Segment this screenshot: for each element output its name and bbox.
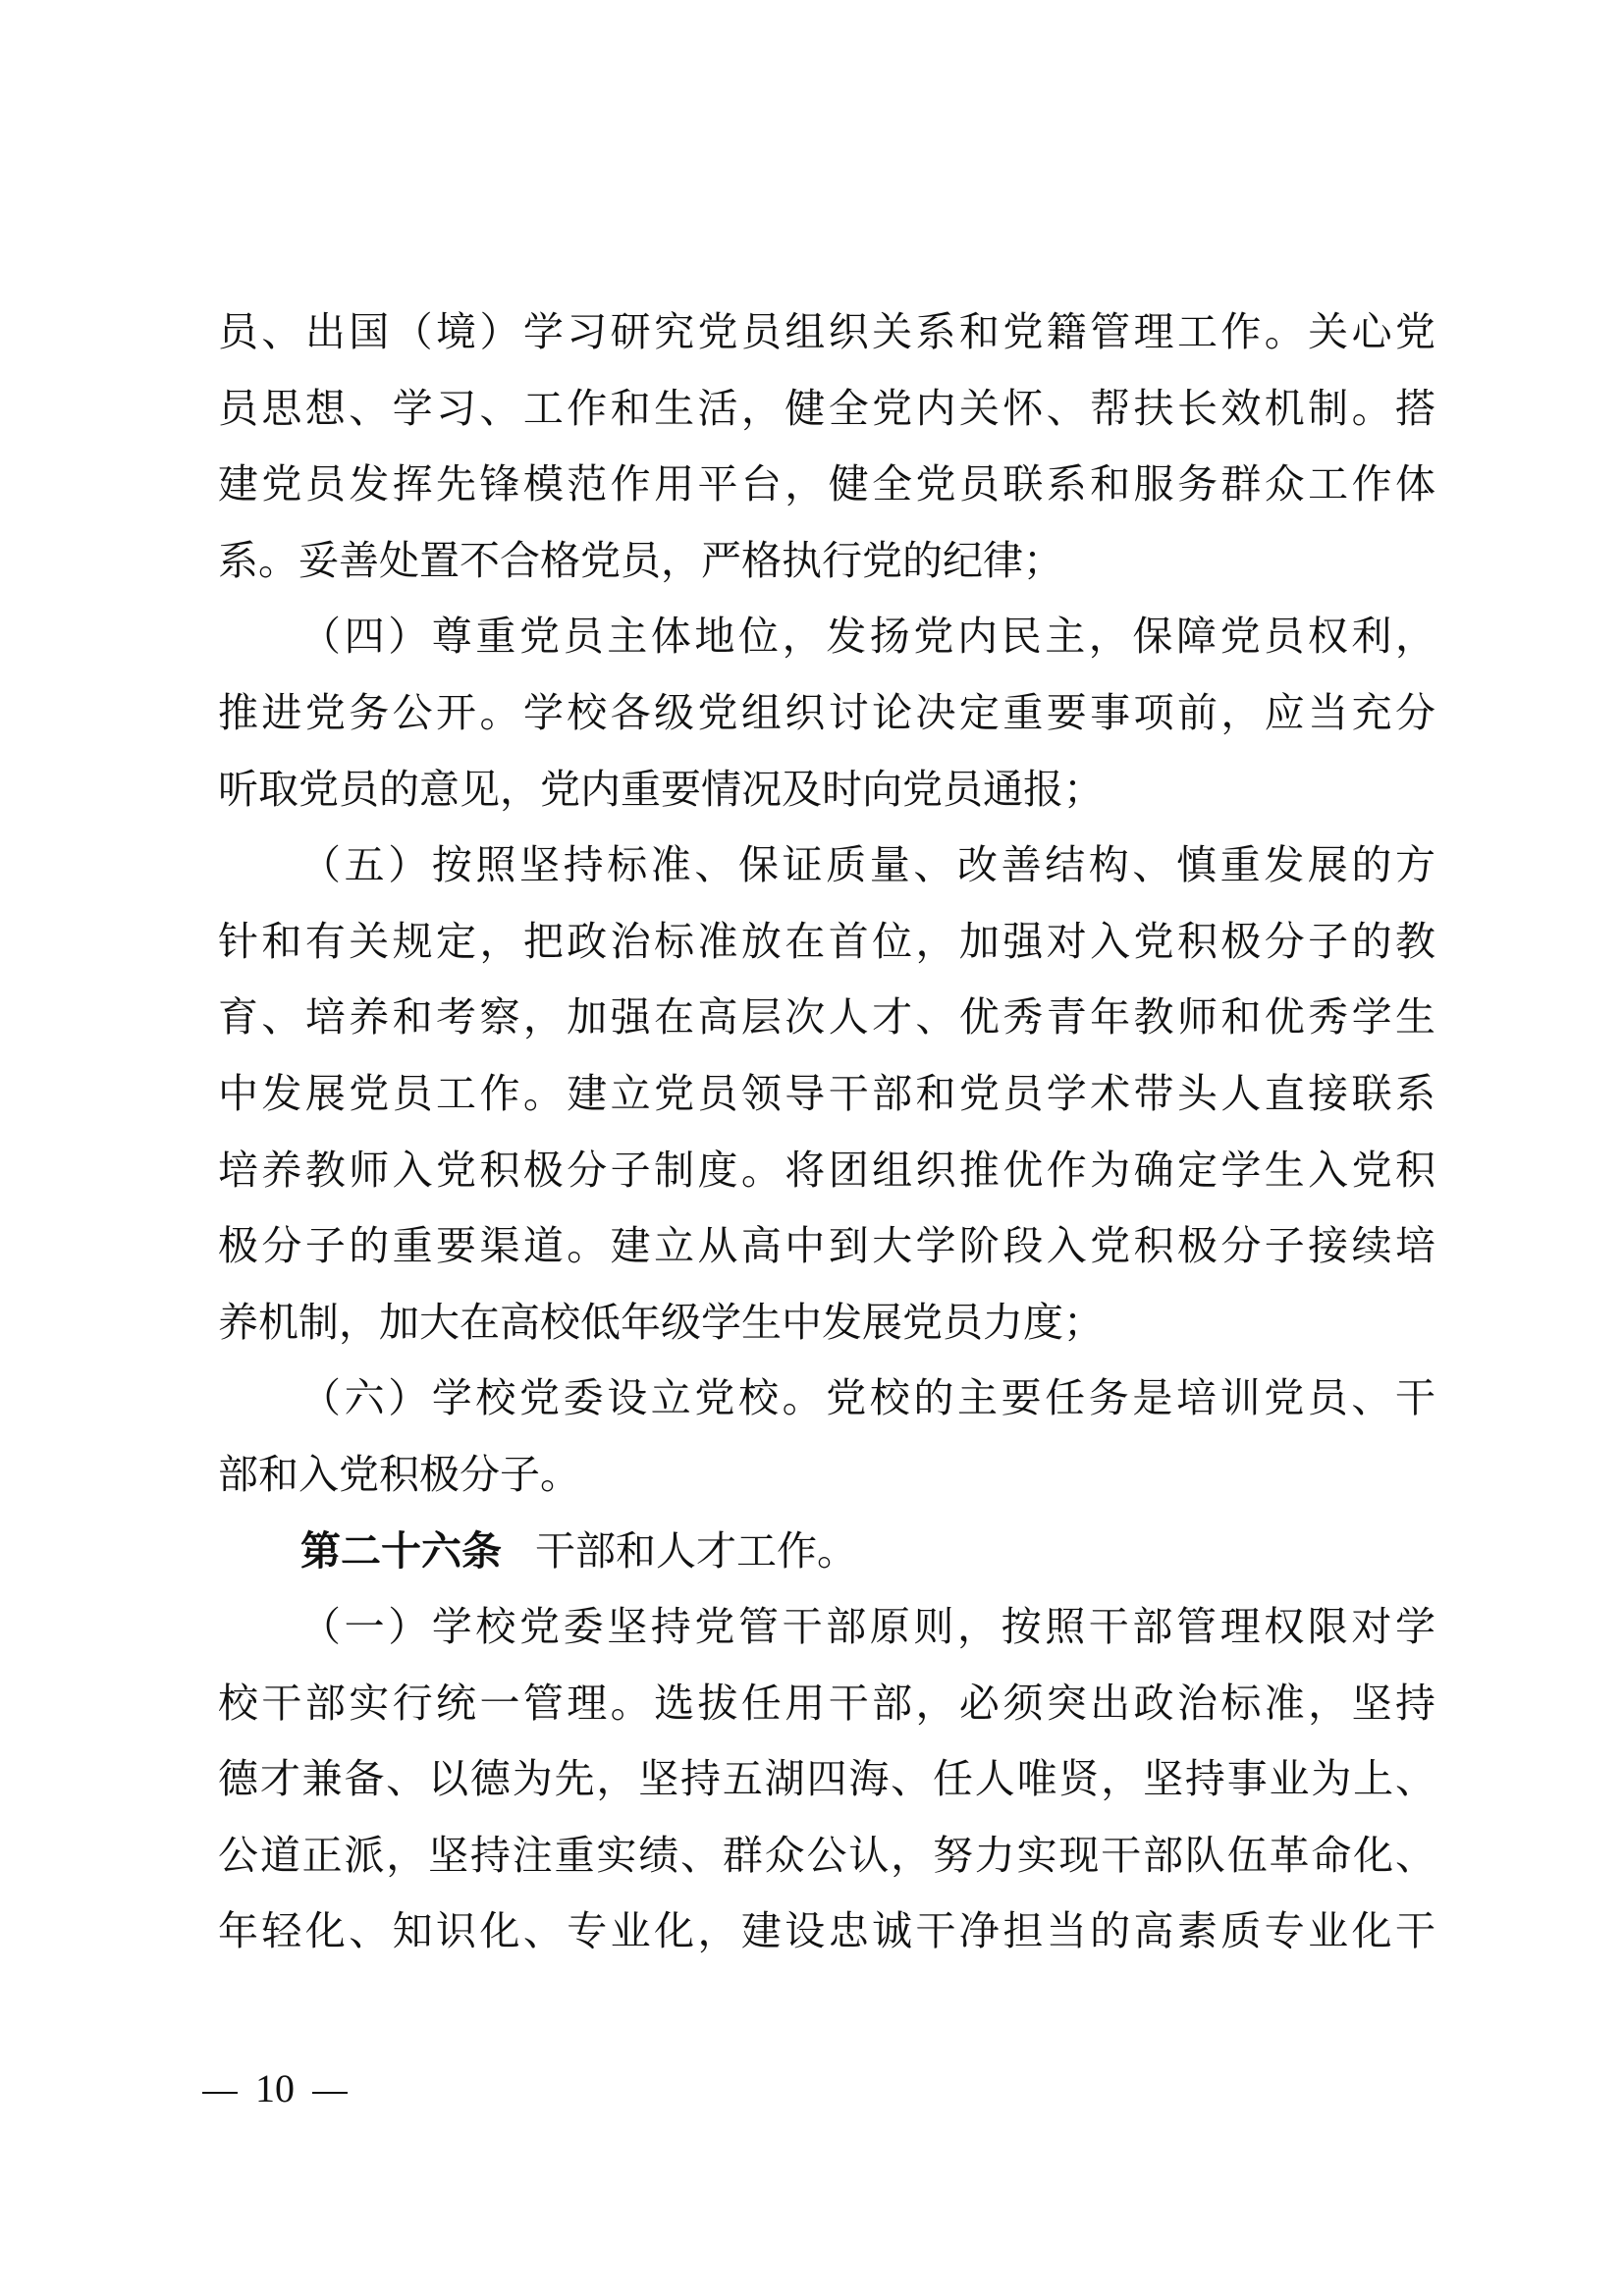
text-line: 系。妥善处置不合格党员，严格执行党的纪律； xyxy=(218,523,1435,600)
text-line: 部和入党积极分子。 xyxy=(218,1437,1435,1514)
dash-right-decoration xyxy=(312,2092,348,2094)
text-line: 德才兼备、以德为先，坚持五湖四海、任人唯贤，坚持事业为上、 xyxy=(218,1741,1435,1818)
text-line: 中发展党员工作。建立党员领导干部和党员学术带头人直接联系 xyxy=(218,1056,1435,1133)
paragraph-continuation: 员、出国（境）学习研究党员组织关系和党籍管理工作。关心党 员思想、学习、工作和生… xyxy=(218,294,1435,599)
text-line: 推进党务公开。学校各级党组织讨论决定重要事项前，应当充分 xyxy=(218,675,1435,752)
dash-left-decoration xyxy=(202,2092,238,2094)
text-line: 培养教师入党积极分子制度。将团组织推优作为确定学生入党积 xyxy=(218,1133,1435,1209)
text-line: 极分子的重要渠道。建立从高中到大学阶段入党积极分子接续培 xyxy=(218,1208,1435,1285)
article-heading: 第二十六条干部和人才工作。 xyxy=(218,1514,1435,1590)
text-line: （六）学校党委设立党校。党校的主要任务是培训党员、干 xyxy=(218,1361,1435,1437)
text-line: 校干部实行统一管理。选拔任用干部，必须突出政治标准，坚持 xyxy=(218,1666,1435,1742)
text-line: （一）学校党委坚持党管干部原则，按照干部管理权限对学 xyxy=(218,1589,1435,1666)
text-line: 针和有关规定，把政治标准放在首位，加强对入党积极分子的教 xyxy=(218,904,1435,981)
text-line: （四）尊重党员主体地位，发扬党内民主，保障党员权利， xyxy=(218,599,1435,675)
article-title: 干部和人才工作。 xyxy=(535,1527,857,1575)
paragraph-item-5: （五）按照坚持标准、保证质量、改善结构、慎重发展的方 针和有关规定，把政治标准放… xyxy=(218,828,1435,1361)
article-label: 第二十六条 xyxy=(300,1527,502,1575)
document-body: 员、出国（境）学习研究党员组织关系和党籍管理工作。关心党 员思想、学习、工作和生… xyxy=(218,294,1435,1970)
paragraph-item-6: （六）学校党委设立党校。党校的主要任务是培训党员、干 部和入党积极分子。 xyxy=(218,1361,1435,1513)
text-line: 育、培养和考察，加强在高层次人才、优秀青年教师和优秀学生 xyxy=(218,980,1435,1056)
page-number-footer: 10 xyxy=(0,2061,550,2116)
text-line: （五）按照坚持标准、保证质量、改善结构、慎重发展的方 xyxy=(218,828,1435,904)
text-line: 员思想、学习、工作和生活，健全党内关怀、帮扶长效机制。搭 xyxy=(218,371,1435,448)
text-line: 听取党员的意见，党内重要情况及时向党员通报； xyxy=(218,752,1435,828)
text-line: 建党员发挥先锋模范作用平台，健全党员联系和服务群众工作体 xyxy=(218,447,1435,523)
text-line: 公道正派，坚持注重实绩、群众公认，努力实现干部队伍革命化、 xyxy=(218,1818,1435,1895)
paragraph-item-4: （四）尊重党员主体地位，发扬党内民主，保障党员权利， 推进党务公开。学校各级党组… xyxy=(218,599,1435,828)
text-line: 员、出国（境）学习研究党员组织关系和党籍管理工作。关心党 xyxy=(218,294,1435,371)
article-heading-line: 第二十六条干部和人才工作。 xyxy=(218,1514,1435,1590)
document-page: 员、出国（境）学习研究党员组织关系和党籍管理工作。关心党 员思想、学习、工作和生… xyxy=(0,0,1624,2296)
paragraph-article-26-item-1: （一）学校党委坚持党管干部原则，按照干部管理权限对学 校干部实行统一管理。选拔任… xyxy=(218,1589,1435,1970)
text-line: 养机制，加大在高校低年级学生中发展党员力度； xyxy=(218,1285,1435,1362)
text-line: 年轻化、知识化、专业化，建设忠诚干净担当的高素质专业化干 xyxy=(218,1894,1435,1970)
page-number: 10 xyxy=(255,2066,295,2110)
